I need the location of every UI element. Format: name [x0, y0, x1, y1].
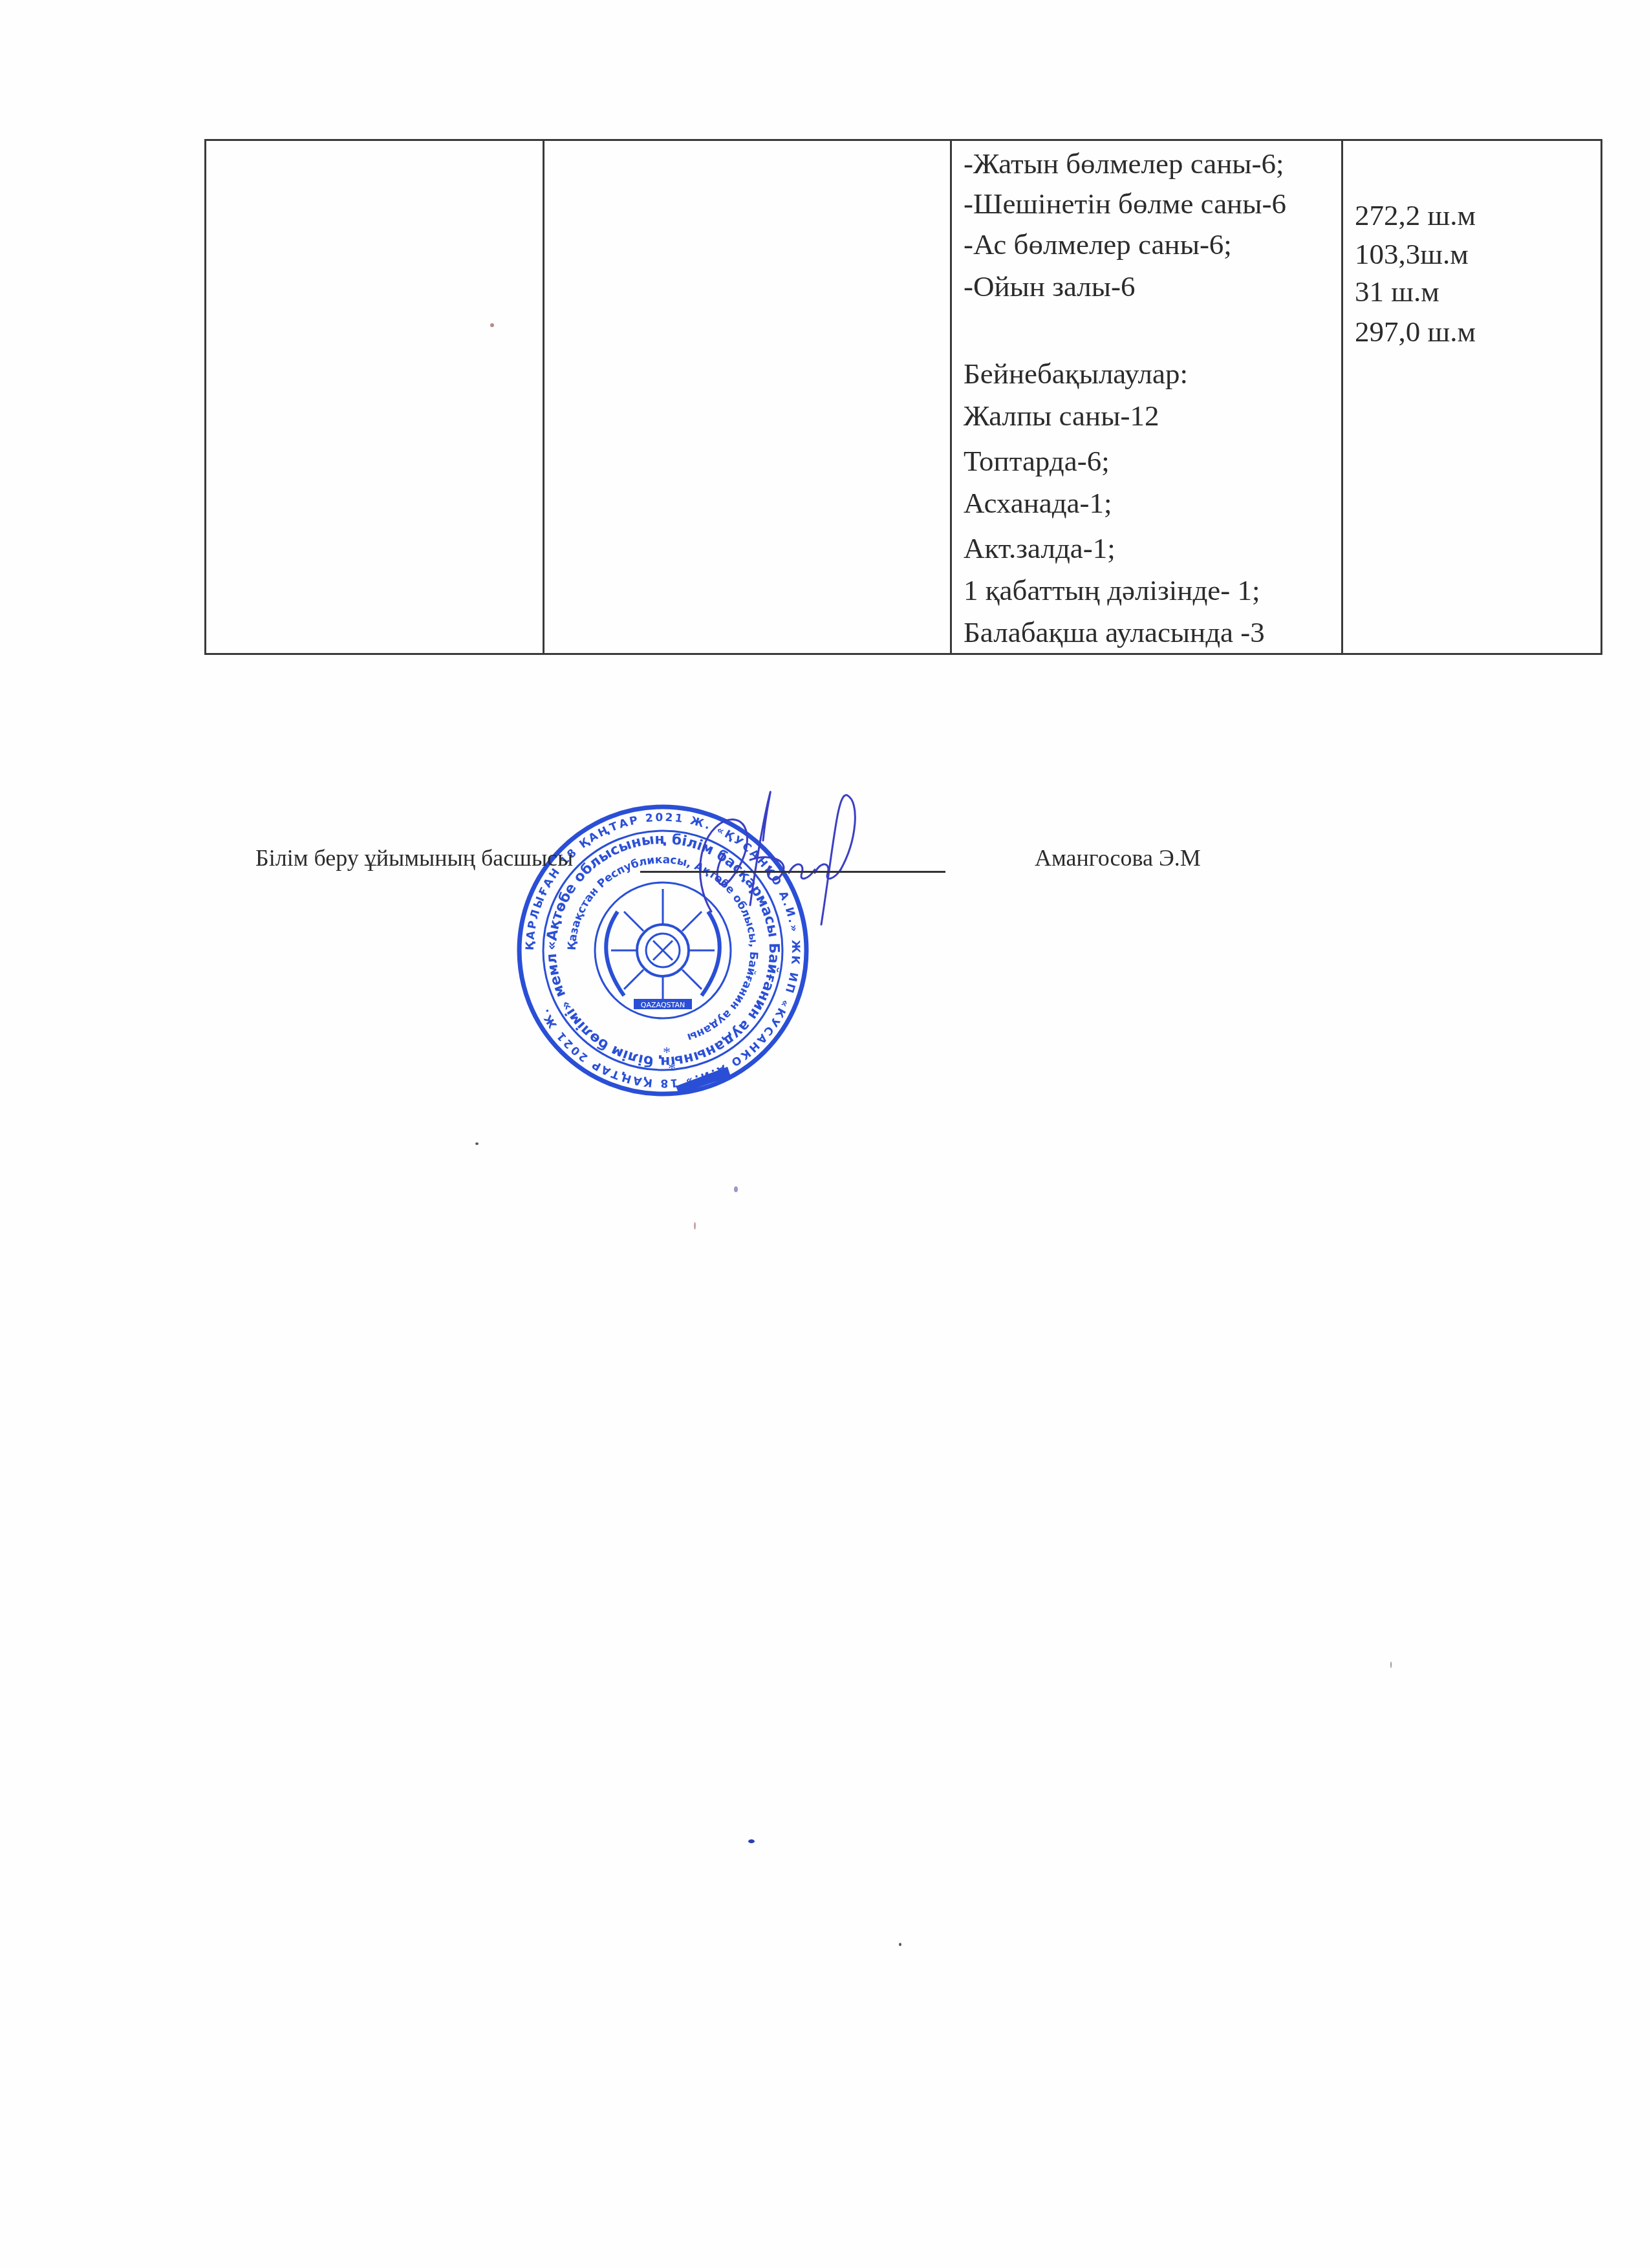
table-cell-rooms-and-cameras: -Жатын бөлмелер саны-6; -Шешінетін бөлме… [952, 141, 1341, 653]
room-item: -Жатын бөлмелер саны-6; [964, 147, 1284, 180]
table-cell-col2 [544, 141, 950, 653]
cctv-item: Асханада-1; [964, 487, 1112, 519]
scan-speck [694, 1222, 696, 1230]
table-cell-areas: 272,2 ш.м 103,3ш.м 31 ш.м 297,0 ш.м [1343, 141, 1602, 653]
position-label: Білім беру ұйымының басшысы [255, 844, 573, 872]
table-cell-col1 [206, 141, 543, 653]
area-value: 297,0 ш.м [1355, 316, 1476, 348]
signature-line [640, 871, 945, 873]
document-page: -Жатын бөлмелер саны-6; -Шешінетін бөлме… [0, 0, 1649, 2268]
area-value: 272,2 ш.м [1355, 199, 1476, 231]
room-item: -Ас бөлмелер саны-6; [964, 228, 1232, 261]
svg-text:*: * [668, 1060, 676, 1077]
cctv-item: Жалпы саны-12 [964, 400, 1159, 432]
signatory-name: Амангосова Э.М [1035, 844, 1201, 872]
cctv-item: Акт.залда-1; [964, 532, 1115, 564]
cctv-item: 1 қабаттың дәлізінде- 1; [964, 574, 1260, 606]
handwritten-signature-icon [685, 782, 879, 937]
facilities-table: -Жатын бөлмелер саны-6; -Шешінетін бөлме… [204, 139, 1602, 655]
room-item: -Ойын залы-6 [964, 270, 1135, 303]
scan-speck [475, 1142, 479, 1145]
room-item: -Шешінетін бөлме саны-6 [964, 187, 1286, 220]
scan-speck [748, 1839, 755, 1843]
scan-speck [490, 323, 494, 327]
scan-speck [1390, 1662, 1392, 1668]
svg-text:QAZAQSTAN: QAZAQSTAN [641, 1001, 685, 1009]
scan-speck [734, 1186, 738, 1192]
cctv-item: Топтарда-6; [964, 445, 1110, 477]
area-value: 31 ш.м [1355, 275, 1439, 308]
svg-text:*: * [663, 1044, 671, 1061]
cctv-heading: Бейнебақылаулар: [964, 358, 1188, 390]
scan-speck [899, 1943, 901, 1946]
cctv-item: Балабақша ауласында -3 [964, 616, 1265, 648]
area-value: 103,3ш.м [1355, 238, 1469, 270]
